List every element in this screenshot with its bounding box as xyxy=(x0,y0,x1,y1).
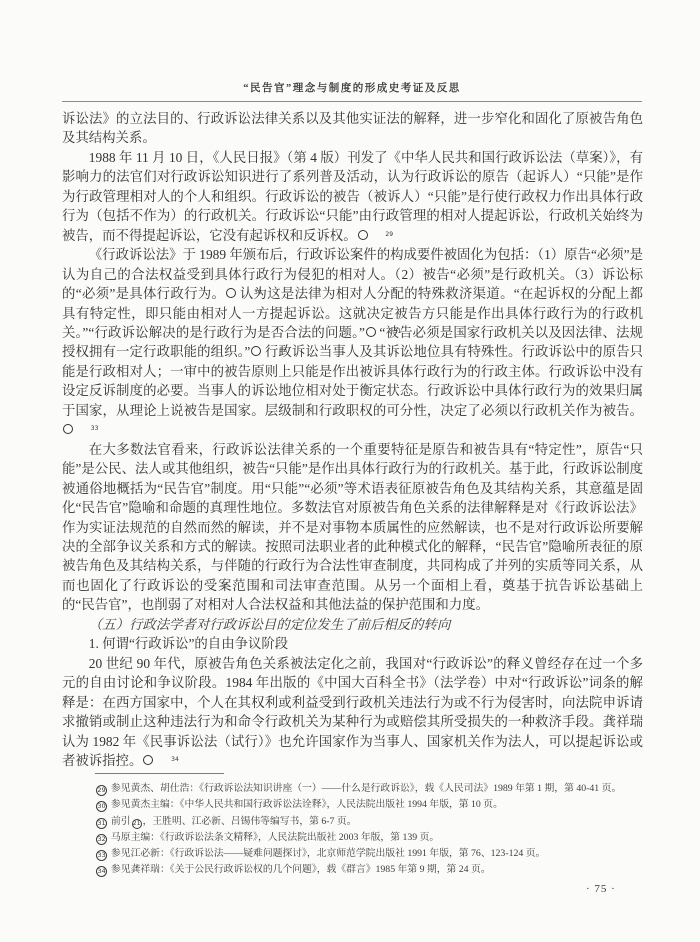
footnote-number-marker: 34 xyxy=(96,866,107,877)
body-paragraph: 1. 何谓“行政诉讼”的自由争议阶段 xyxy=(62,634,643,653)
body-paragraph: 诉讼法》的立法目的、行政诉讼法律关系以及其他实证法的解释，进一步窄化和固化了原被… xyxy=(62,109,643,148)
text-run: 1. 何谓“行政诉讼”的自由争议阶段 xyxy=(89,636,288,651)
page-number: · 75 · xyxy=(586,883,616,895)
body-paragraph: 在大多数法官看来，行政诉讼法律关系的一个重要特征是原告和被告具有“特定性”，原告… xyxy=(62,440,643,615)
footnote-ref-marker: 31 xyxy=(366,327,376,337)
footnote-ref-marker: 29 xyxy=(358,230,368,240)
footnote-item: 29参见黄杰、胡仕浩：《行政诉讼法知识讲座（一）——什么是行政诉讼》，载《人民司… xyxy=(96,781,644,797)
running-head-title: “民告官”理念与制度的形成史考证及反思 xyxy=(62,80,642,95)
footnote-number-marker: 30 xyxy=(96,801,107,812)
text-run: ，王胜明、江必新、吕锡伟等编写书，第 6-7 页。 xyxy=(143,816,357,827)
footnote-ref-marker: 33 xyxy=(63,424,73,434)
text-run: 参见黄杰、胡仕浩：《行政诉讼法知识讲座（一）——什么是行政诉讼》，载《人民司法》… xyxy=(111,783,621,794)
footnote-separator xyxy=(95,773,224,774)
text-run: 诉讼法》的立法目的、行政诉讼法律关系以及其他实证法的解释，进一步窄化和固化了原被… xyxy=(62,111,643,145)
text-run: 参见黄杰主编：《中华人民共和国行政诉讼法诠释》，人民法院出版社 1994 年版，… xyxy=(111,799,503,810)
footnote-number-marker: 31 xyxy=(96,818,107,829)
text-run: 1988 年 11 月 10 日，《人民日报》（第 4 版）刊发了《中华人民共和… xyxy=(62,150,643,243)
footnotes-block: 29参见黄杰、胡仕浩：《行政诉讼法知识讲座（一）——什么是行政诉讼》，载《人民司… xyxy=(96,781,644,879)
footnote-item: 34参见龚祥瑞：《关于公民行政诉讼权的几个问题》，载《群言》1985 年第 9 … xyxy=(96,862,644,878)
footnote-number-marker: 29 xyxy=(96,785,107,796)
section-heading: （五）行政法学者对行政诉讼目的定位发生了前后相反的转向 xyxy=(62,615,643,634)
text-run: 参见江必新：《行政诉讼法——疑难问题探讨》，北京师范学院出版社 1991 年版，… xyxy=(111,848,545,859)
body-text-block: 诉讼法》的立法目的、行政诉讼法律关系以及其他实证法的解释，进一步窄化和固化了原被… xyxy=(62,109,643,770)
footnote-ref-marker: 34 xyxy=(143,755,153,765)
body-paragraph: 20 世纪 90 年代，原被告角色关系被法定化之前，我国对“行政诉讼”的释义曾经… xyxy=(62,654,643,771)
text-run: 前引 xyxy=(111,816,131,827)
footnote-cross-ref-marker: 21 xyxy=(132,819,142,829)
footnote-ref-marker: 30 xyxy=(226,288,236,298)
body-paragraph: 《行政诉讼法》于 1989 年颁布后，行政诉讼案件的构成要件被固化为包括：（1）… xyxy=(62,245,643,440)
body-paragraph: 1988 年 11 月 10 日，《人民日报》（第 4 版）刊发了《中华人民共和… xyxy=(62,148,643,245)
text-run: （五）行政法学者对行政诉讼目的定位发生了前后相反的转向 xyxy=(89,617,451,632)
footnote-item: 32马原主编：《行政诉讼法条文精释》，人民法院出版社 2003 年版，第 139… xyxy=(96,830,644,846)
footnote-item: 30参见黄杰主编：《中华人民共和国行政诉讼法诠释》，人民法院出版社 1994 年… xyxy=(96,797,644,813)
text-run: 马原主编：《行政诉讼法条文精释》，人民法院出版社 2003 年版，第 139 页… xyxy=(111,832,439,843)
text-run: 在大多数法官看来，行政诉讼法律关系的一个重要特征是原告和被告具有“特定性”，原告… xyxy=(62,442,643,613)
footnote-number-marker: 33 xyxy=(96,850,107,861)
text-run: 参见龚祥瑞：《关于公民行政诉讼权的几个问题》，载《群言》1985 年第 9 期，… xyxy=(111,864,491,875)
footnote-number-marker: 32 xyxy=(96,834,107,845)
footnote-item: 33参见江必新：《行政诉讼法——疑难问题探讨》，北京师范学院出版社 1991 年… xyxy=(96,846,644,862)
footnote-item: 31前引21，王胜明、江必新、吕锡伟等编写书，第 6-7 页。 xyxy=(96,814,644,830)
text-run: 20 世纪 90 年代，原被告角色关系被法定化之前，我国对“行政诉讼”的释义曾经… xyxy=(62,656,643,768)
footnote-ref-marker: 32 xyxy=(251,346,261,356)
scanned-book-page: “民告官”理念与制度的形成史考证及反思 诉讼法》的立法目的、行政诉讼法律关系以及… xyxy=(0,0,700,942)
header-rule xyxy=(62,101,642,102)
